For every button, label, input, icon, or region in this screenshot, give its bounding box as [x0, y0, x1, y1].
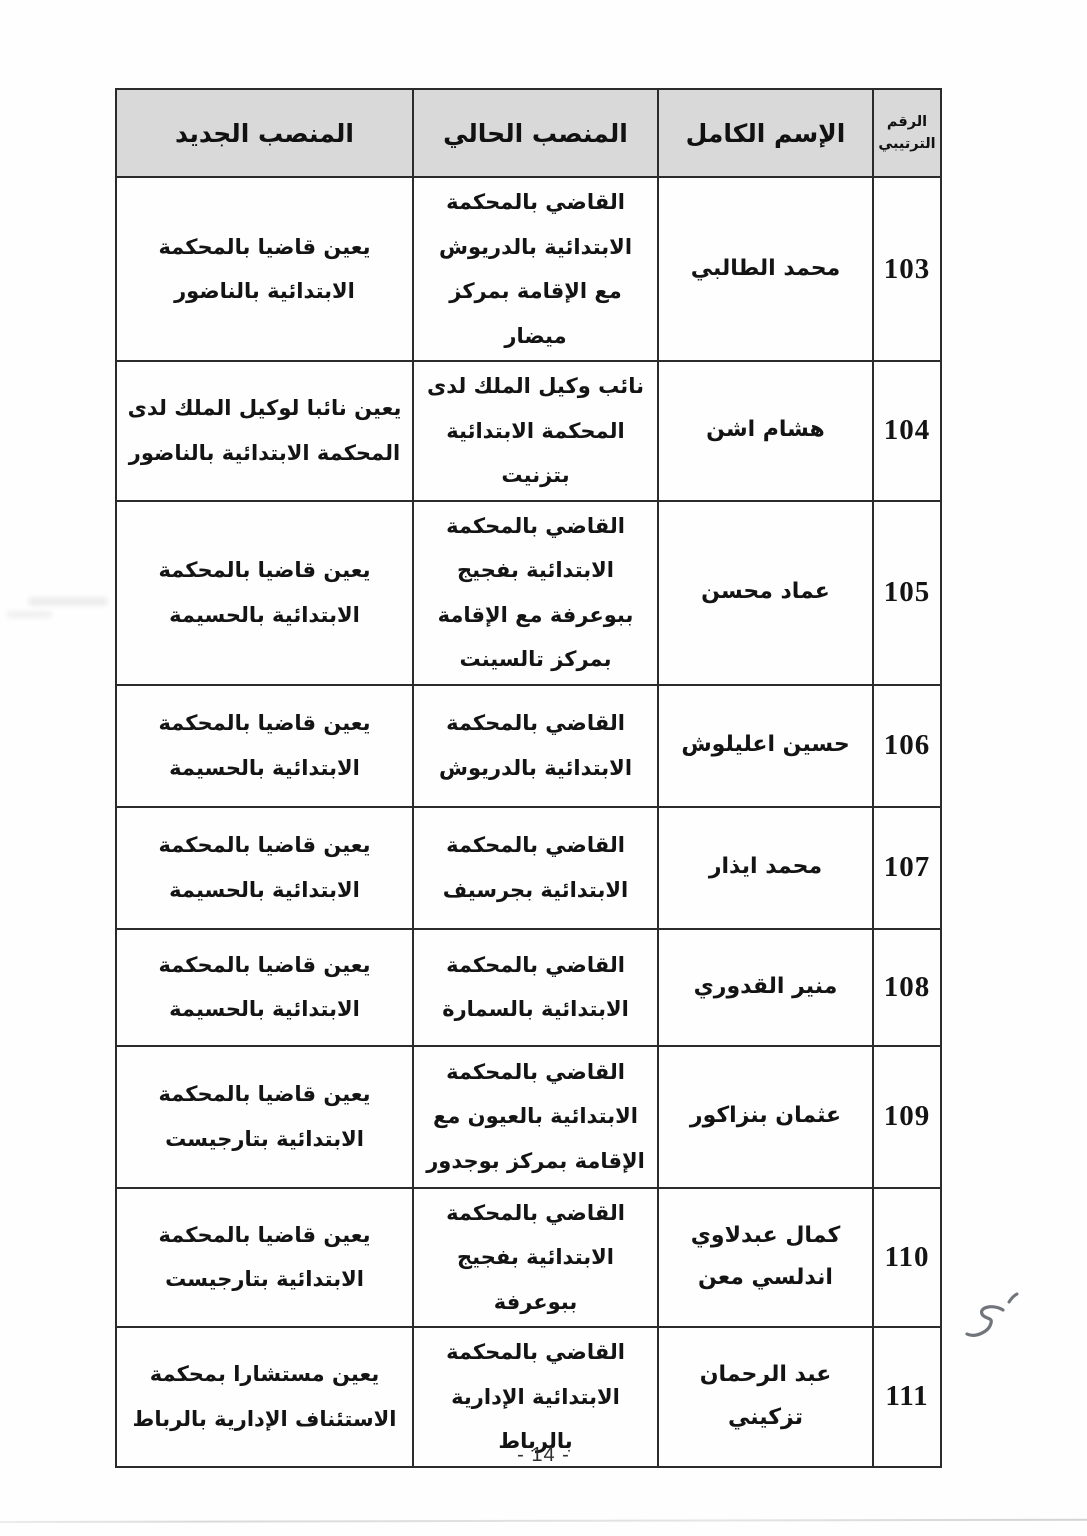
new-position-cell: يعين قاضيا بالمحكمة الابتدائية بتارجيست — [116, 1188, 413, 1328]
serial-number-cell: 105 — [873, 501, 941, 685]
page-number: - 14 - — [0, 1444, 1087, 1467]
new-position-cell: يعين قاضيا بالمحكمة الابتدائية بالناضور — [116, 177, 413, 361]
current-position-cell: القاضي بالمحكمة الابتدائية بالدريوش مع ا… — [413, 177, 658, 361]
full-name-cell: عثمان بنزاكور — [658, 1046, 873, 1188]
full-name-cell: منير القدوري — [658, 929, 873, 1046]
current-position-cell: القاضي بالمحكمة الابتدائية بالسمارة — [413, 929, 658, 1046]
table-row: 103 محمد الطالبي القاضي بالمحكمة الابتدا… — [116, 177, 941, 361]
full-name-cell: هشام اشن — [658, 361, 873, 501]
scan-smudge — [28, 597, 108, 606]
current-position-cell: القاضي بالمحكمة الابتدائية بالعيون مع ال… — [413, 1046, 658, 1188]
table-row: 108 منير القدوري القاضي بالمحكمة الابتدا… — [116, 929, 941, 1046]
table-row: 106 حسين اعليلوش القاضي بالمحكمة الابتدا… — [116, 685, 941, 807]
serial-number-cell: 109 — [873, 1046, 941, 1188]
serial-number-cell: 103 — [873, 177, 941, 361]
header-serial-number: الرقم الترتيبي — [873, 89, 941, 177]
serial-number-cell: 106 — [873, 685, 941, 807]
appointments-table: الرقم الترتيبي الإسم الكامل المنصب الحال… — [115, 88, 940, 1468]
full-name-cell: كمال عبدلاوي اندلسي معن — [658, 1188, 873, 1328]
header-full-name: الإسم الكامل — [658, 89, 873, 177]
table-row: 104 هشام اشن نائب وكيل الملك لدى المحكمة… — [116, 361, 941, 501]
serial-number-cell: 107 — [873, 807, 941, 929]
header-new-position: المنصب الجديد — [116, 89, 413, 177]
full-name-cell: حسين اعليلوش — [658, 685, 873, 807]
new-position-cell: يعين قاضيا بالمحكمة الابتدائية بالحسيمة — [116, 685, 413, 807]
scan-smudge — [6, 611, 52, 618]
new-position-cell: يعين قاضيا بالمحكمة الابتدائية بالحسيمة — [116, 501, 413, 685]
current-position-cell: القاضي بالمحكمة الابتدائية بفجيج ببوعرفة… — [413, 501, 658, 685]
scan-edge-line — [0, 1519, 1087, 1523]
table-row: 107 محمد ايذار القاضي بالمحكمة الابتدائي… — [116, 807, 941, 929]
table-row: 109 عثمان بنزاكور القاضي بالمحكمة الابتد… — [116, 1046, 941, 1188]
table-row: 110 كمال عبدلاوي اندلسي معن القاضي بالمح… — [116, 1188, 941, 1328]
current-position-cell: القاضي بالمحكمة الابتدائية بجرسيف — [413, 807, 658, 929]
handwritten-mark-icon — [946, 1290, 1026, 1356]
new-position-cell: يعين نائبا لوكيل الملك لدى المحكمة الابت… — [116, 361, 413, 501]
full-name-cell: محمد ايذار — [658, 807, 873, 929]
serial-number-cell: 104 — [873, 361, 941, 501]
current-position-cell: القاضي بالمحكمة الابتدائية بالدريوش — [413, 685, 658, 807]
new-position-cell: يعين قاضيا بالمحكمة الابتدائية بتارجيست — [116, 1046, 413, 1188]
serial-number-cell: 108 — [873, 929, 941, 1046]
new-position-cell: يعين قاضيا بالمحكمة الابتدائية بالحسيمة — [116, 929, 413, 1046]
header-current-position: المنصب الحالي — [413, 89, 658, 177]
new-position-cell: يعين قاضيا بالمحكمة الابتدائية بالحسيمة — [116, 807, 413, 929]
table-row: 105 عماد محسن القاضي بالمحكمة الابتدائية… — [116, 501, 941, 685]
full-name-cell: محمد الطالبي — [658, 177, 873, 361]
serial-number-cell: 110 — [873, 1188, 941, 1328]
current-position-cell: نائب وكيل الملك لدى المحكمة الابتدائية ب… — [413, 361, 658, 501]
current-position-cell: القاضي بالمحكمة الابتدائية بفجيج ببوعرفة — [413, 1188, 658, 1328]
table-header-row: الرقم الترتيبي الإسم الكامل المنصب الحال… — [116, 89, 941, 177]
full-name-cell: عماد محسن — [658, 501, 873, 685]
